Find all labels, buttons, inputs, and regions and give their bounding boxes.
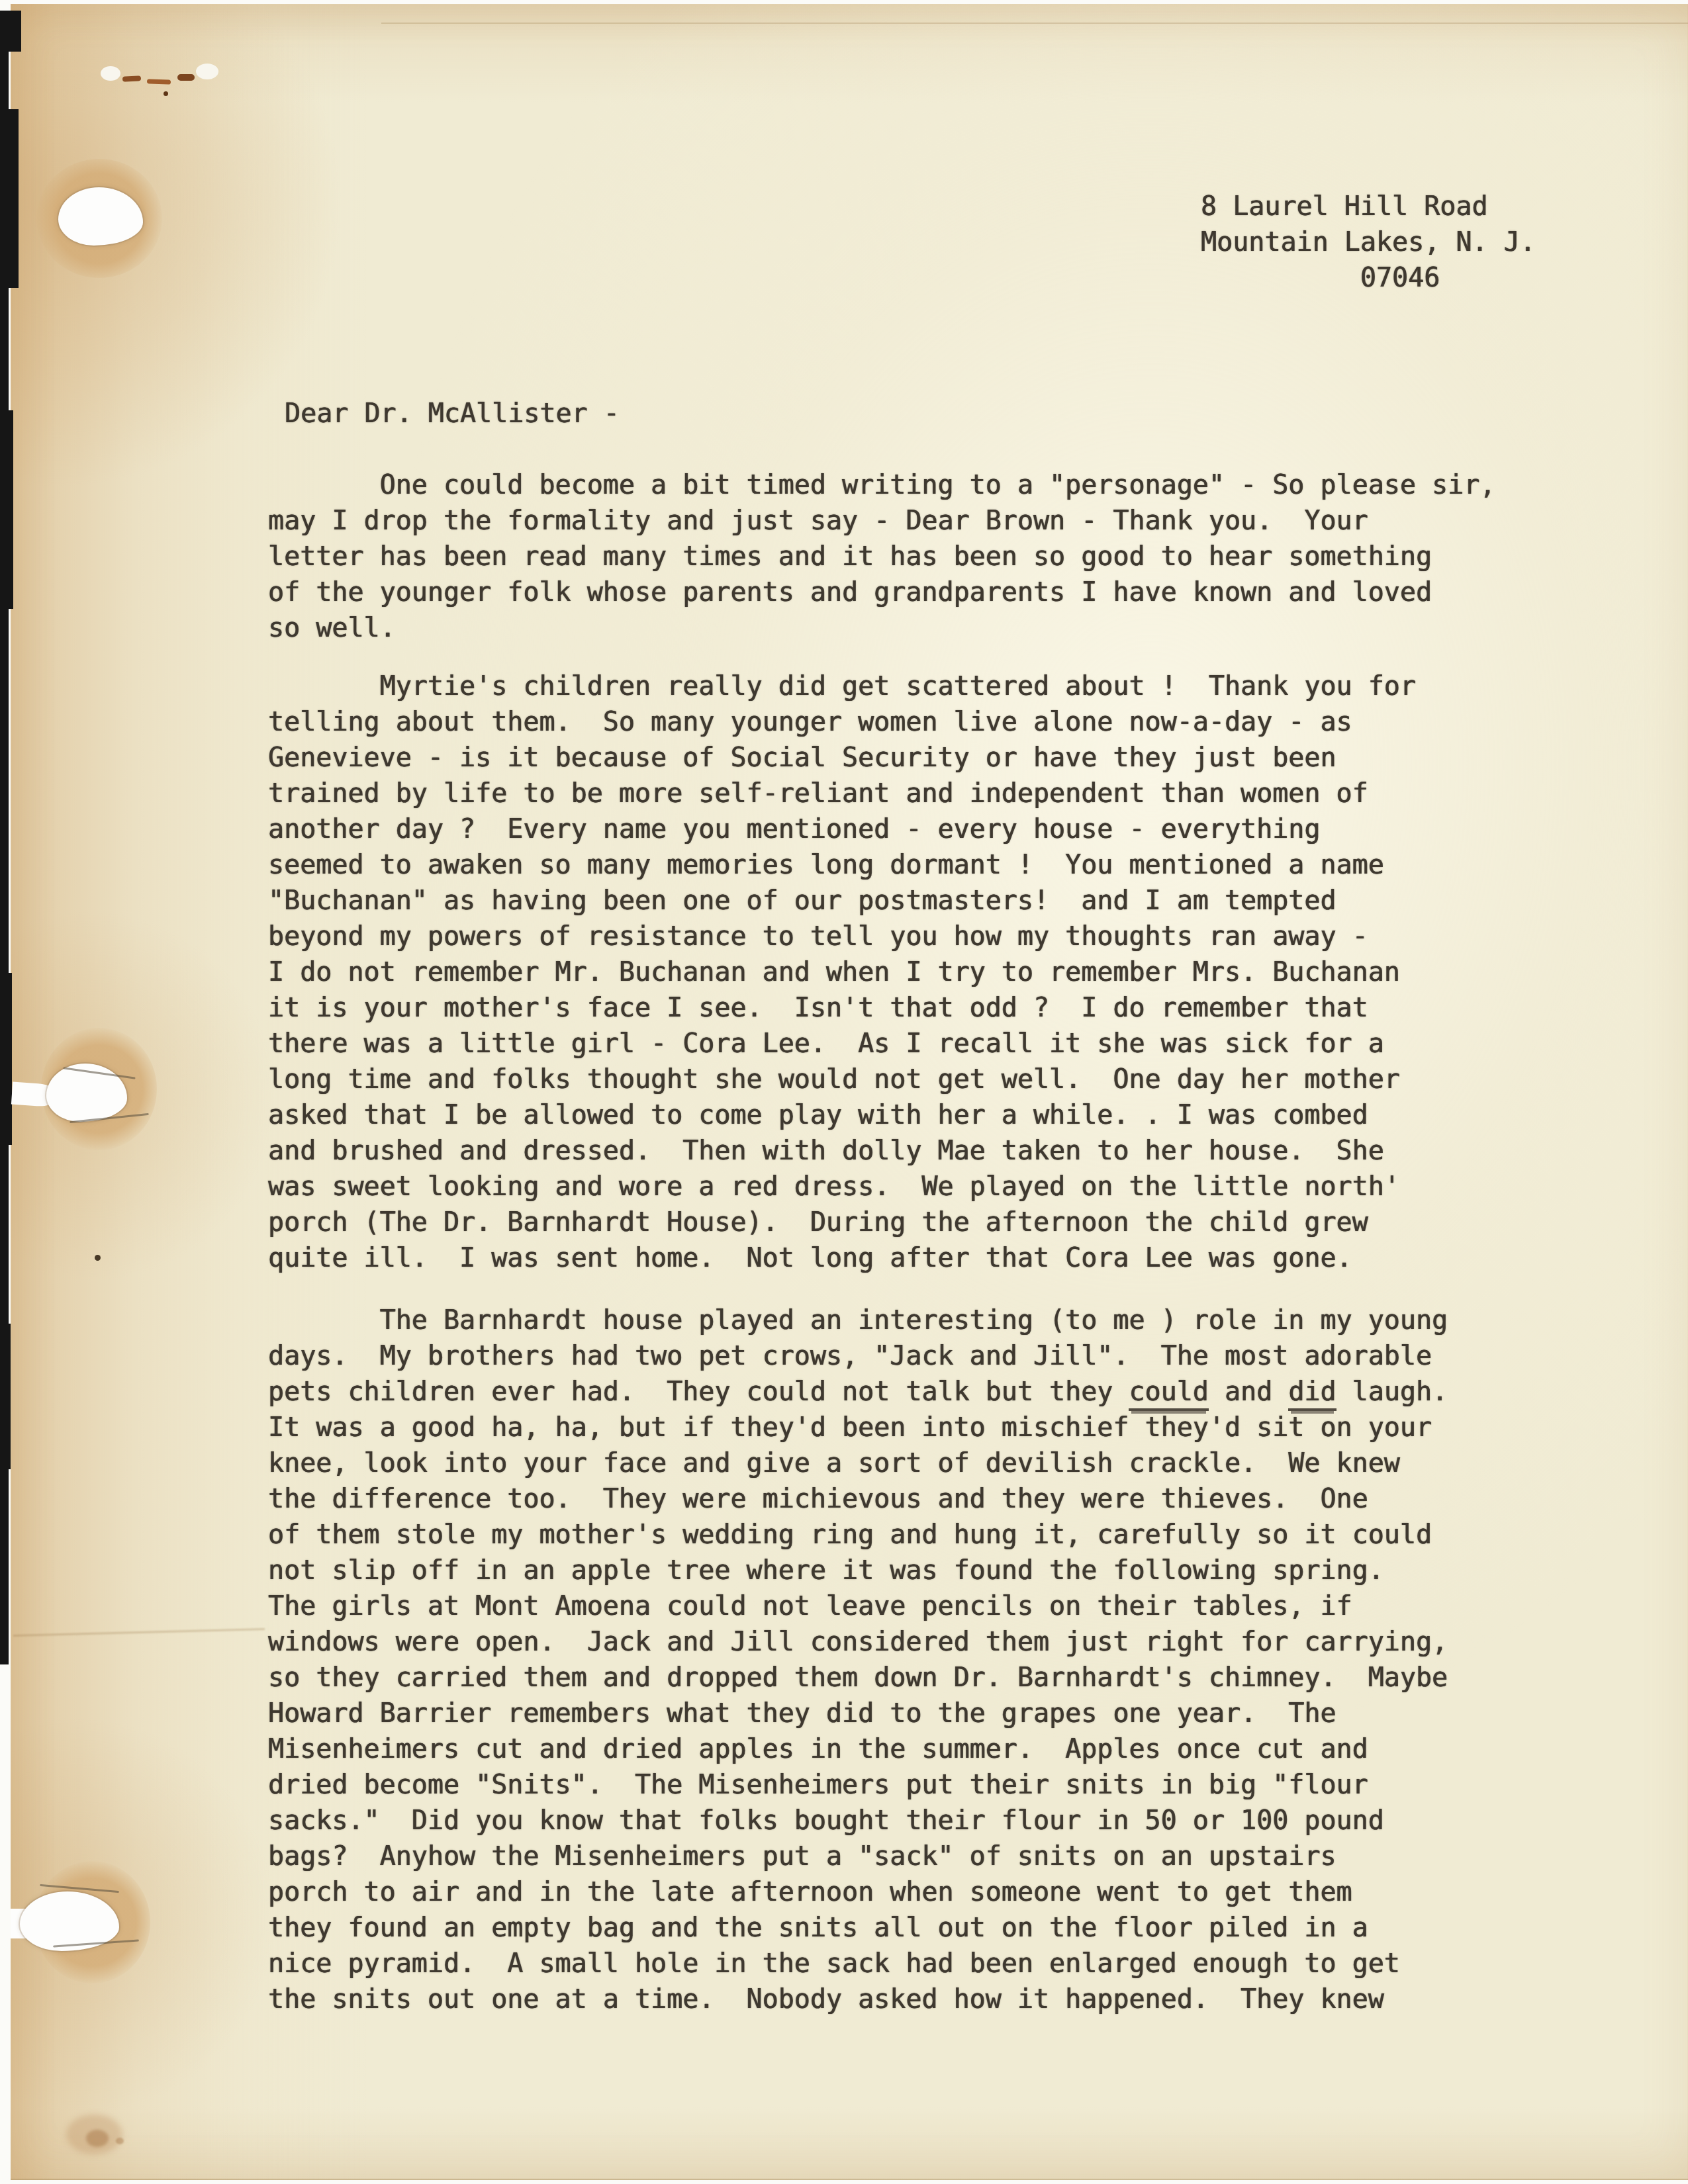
scanner-strip-patch — [0, 11, 21, 52]
scanner-strip-patch — [0, 410, 13, 609]
paragraph-3-part-b: It was a good ha, ha, but if they'd been… — [268, 1410, 1448, 2017]
scanner-strip-patch — [0, 973, 12, 1145]
staple-rust-mark — [177, 74, 195, 81]
paragraph-3-part-a: The Barnhardt house played an interestin… — [268, 1302, 1448, 1374]
paper-top-edge-line — [381, 23, 1688, 24]
underline-line-after: laugh. — [1336, 1377, 1448, 1407]
underline-line-middle: and — [1209, 1377, 1288, 1407]
underlined-word-could: could — [1129, 1377, 1208, 1411]
scanned-letter-page: 8 Laurel Hill Road Mountain Lakes, N. J.… — [0, 0, 1688, 2184]
staple-glint — [101, 66, 120, 81]
smudge-mark — [116, 2138, 124, 2144]
underlined-word-did: did — [1288, 1377, 1336, 1411]
paragraph-3-underline-line: pets children ever had. They could not t… — [268, 1374, 1448, 1410]
smudge-mark — [86, 2130, 109, 2147]
underline-line-before: pets children ever had. They could not t… — [268, 1377, 1129, 1407]
paragraph-1: One could become a bit timed writing to … — [268, 467, 1495, 646]
staple-rust-mark — [147, 79, 171, 84]
staple-rust-mark — [122, 75, 141, 81]
staple-rust-mark — [164, 91, 168, 96]
salutation: Dear Dr. McAllister - — [285, 396, 620, 432]
scanner-strip-patch — [0, 1324, 11, 1469]
ink-speck — [95, 1255, 101, 1261]
scanner-strip-patch — [0, 109, 19, 288]
staple-glint — [196, 64, 218, 79]
sender-address: 8 Laurel Hill Road Mountain Lakes, N. J.… — [1201, 189, 1536, 296]
paragraph-2: Myrtie's children really did get scatter… — [268, 668, 1416, 1276]
